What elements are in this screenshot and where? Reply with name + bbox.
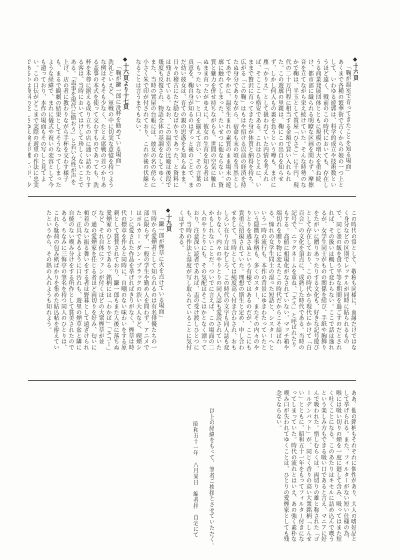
section-quote-page19: 「鎌一郎が煙草に火を点けている場面」 <box>156 208 164 352</box>
top-text-band: ◆十六頁 「鞠が温室で育ってきたことを知る場面」 あくまで各種の繁華街で古くから… <box>28 57 358 188</box>
section-quote-page16: 「鞠が温室で育ってきたことを知る場面」 <box>343 57 351 188</box>
band-divider-upper <box>28 196 356 197</box>
section-body-page16: あくまで各種の繁華街で古くからの娘の一つ上として、いわゆる遊郭は、科学的成立や技… <box>133 57 343 188</box>
scanned-document-page: ◆十六頁 「鞠が温室で育ってきたことを知る場面」 あくまで各種の繁華街で古くから… <box>0 0 400 560</box>
section-heading-page19: ◆十九頁 <box>164 208 172 352</box>
section-body-page16-17-part1: 洗礼といえど、軍戦の中に切実な意憶を持つような例はそもそも少なく、たとえ席戦の首… <box>28 57 113 188</box>
band-divider-lower <box>28 380 356 381</box>
section-heading-page16-17: ◆十六頁より十七頁 <box>121 57 129 188</box>
section-quote-page16-17: 「鞠が鎌一郎に洗杯を勧めている場面」 <box>113 57 121 188</box>
section-heading-page16: ◆十六頁 <box>351 57 359 188</box>
editor-signature: 昭和五十一年 八月某日 編者拝 自宅にて <box>191 421 199 553</box>
bottom-text-band: ああ、他の銘柄もそれぞれに個性があり、大人の嗜好品として挙げられる。また、フィル… <box>264 388 356 546</box>
section-body-page16-17-part2: この時代の常として、敬称も同様に、血縁だけではなく身分などの区別でレッテルが同時… <box>176 208 356 352</box>
middle-text-band: この時代の常として、敬称も同様に、血縁だけではなく身分などの区別でレッテルが同時… <box>28 208 356 352</box>
section-body-page19-part1: 当時から愛煙者として知られるのは有名俳優たちの一部に限らず、一般の学生や勤め人を… <box>44 208 157 352</box>
section-body-page19-part2: ああ、他の銘柄もそれぞれに個性があり、大人の嗜好品として挙げられる。また、フィル… <box>274 388 357 546</box>
closing-remark: 以上の経緯をもって、筆者ご挨拶とさせていただく。 <box>207 408 215 554</box>
